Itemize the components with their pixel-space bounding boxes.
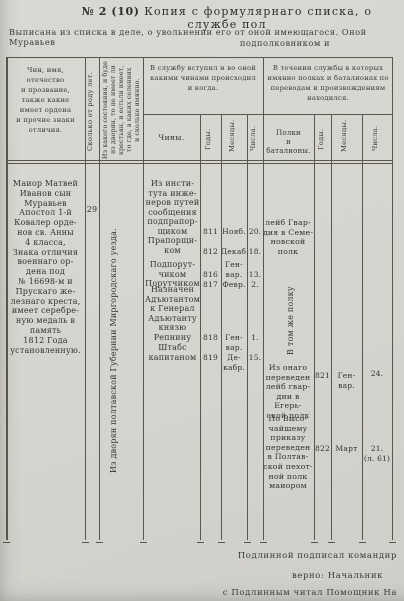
- cell-month: Ген- вар.: [221, 333, 247, 352]
- column-header-origin: Из какого состояния, и буде из дворян, т…: [102, 60, 141, 160]
- table-gridline: [143, 57, 144, 540]
- column-header-days-2: Числа.: [371, 117, 384, 159]
- cell-year: 818: [200, 333, 221, 343]
- cell-day: 13.: [247, 270, 263, 280]
- column-group-service: В службу вступил и во оной какими чинами…: [145, 63, 261, 93]
- attestation-line-signed: Подлинной подписал командир: [238, 551, 397, 561]
- attestation-line-certified: верно: Начальник: [292, 571, 383, 581]
- cell-day: 21. (л. 61): [362, 444, 392, 463]
- cell-year: 822: [314, 444, 331, 454]
- cell-name-rank: Маиор Матвей Иванов сын Муравьев Апостол…: [8, 179, 83, 355]
- cell-rank-entry: Прапорщи- ком: [145, 236, 200, 255]
- cell-day: 24.: [362, 369, 392, 379]
- scanned-service-record-page: № 2 (10) Копия с формулярнаго списка, о …: [0, 0, 404, 601]
- table-gridline: [392, 57, 393, 540]
- table-gridline: [200, 114, 201, 540]
- service-record-table: Чин, имя, отечество и прозвание, также к…: [6, 57, 393, 540]
- table-gridline: [362, 114, 363, 540]
- cell-regiment-entry: Из онаго переведен лейб гвар- дии в Егер…: [262, 363, 314, 421]
- column-group-regiments: В течении службы в которых имянно полках…: [265, 63, 391, 103]
- table-gridline: [247, 114, 248, 540]
- cell-day: 20.: [247, 227, 263, 237]
- column-header-name-rank: Чин, имя, отечество и прозвание, также к…: [8, 65, 83, 135]
- cell-age: 29: [85, 205, 99, 215]
- column-header-age: Сколько от роду лет.: [86, 65, 99, 157]
- cell-day: 1.: [247, 333, 263, 343]
- table-gridline: [6, 57, 393, 58]
- table-gridline: [99, 57, 100, 540]
- cell-month: Де- кабр.: [221, 353, 247, 372]
- table-gridline: [221, 114, 222, 540]
- cell-rank-entry: Из инсти- тута инже- неров путей сообщен…: [145, 179, 200, 237]
- cell-rank-entry: Штабс капитаном: [145, 343, 200, 362]
- cell-month: Ген- вар.: [331, 371, 362, 390]
- attestation-line-read: с Подлинным читал Помощник На: [223, 588, 397, 598]
- table-gridline: [143, 114, 393, 115]
- table-gridline: [314, 114, 315, 540]
- cell-day: 15.: [247, 353, 263, 363]
- cell-month: Нояб.: [221, 227, 247, 237]
- intro-line-continuation: подполковником и: [240, 38, 330, 48]
- cell-year: 819: [200, 353, 221, 363]
- cell-year: 816: [200, 270, 221, 280]
- cell-rank-entry: Назначен Адъютантом к Генерал Адъютанту …: [145, 285, 200, 343]
- column-header-regiments: Полки и баталионы.: [263, 129, 314, 156]
- cell-month: Март: [331, 444, 362, 454]
- column-header-years-2: Годы.: [317, 119, 330, 159]
- cell-year: 817: [200, 280, 221, 290]
- column-header-years: Годы.: [204, 119, 217, 159]
- column-header-months: Месяцы.: [228, 112, 241, 159]
- cell-year: 821: [314, 371, 331, 381]
- column-header-months-2: Месяцы.: [340, 112, 353, 159]
- cell-year: 811: [200, 227, 221, 237]
- cell-origin: Из дворян полтавской Губернии Миргородск…: [109, 197, 123, 505]
- cell-regiment-entry: По Высо- чайшему приказу переведен в Пол…: [262, 414, 314, 491]
- cell-regiment-same: В том же полку: [286, 275, 300, 367]
- cell-month: Февр.: [221, 280, 247, 290]
- cell-day: 18.: [247, 247, 263, 257]
- intro-line: Выписана из списка в деле, о увольнении …: [9, 27, 393, 47]
- column-header-days: Числа.: [249, 117, 262, 159]
- cell-month: Декаб.: [221, 247, 247, 257]
- page-title-number: № 2 (10): [82, 5, 140, 18]
- cell-regiment-entry: лейб Гвар- дия в Семе- новской полк: [262, 218, 314, 256]
- cell-month: Ген- вар.: [221, 260, 247, 279]
- column-header-ranks: Чины.: [143, 133, 200, 142]
- cell-rank-entry: Подпорут- чиком: [145, 260, 200, 279]
- cell-day: 2.: [247, 280, 263, 290]
- cell-year: 812: [200, 247, 221, 257]
- table-gridline: [331, 114, 332, 540]
